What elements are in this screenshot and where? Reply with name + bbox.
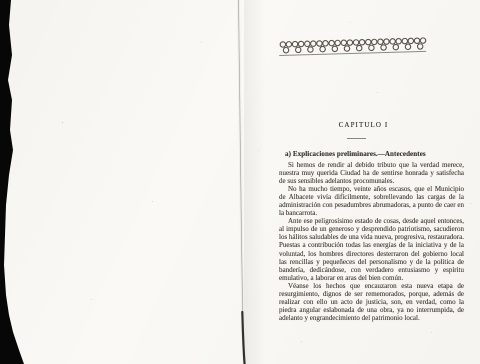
right-text-page: CAPITULO I a) Explicaciones preliminares…: [279, 0, 464, 364]
paragraph: Si hemos de rendir al debido tributo que…: [279, 161, 464, 185]
paragraph: Ante ese peligrosísimo estado de cosas, …: [279, 217, 464, 281]
scan-speckles: [0, 0, 1, 1]
paragraph: Véanse los hechos que encauzaron esta nu…: [279, 282, 464, 322]
ornament-rule: [279, 51, 426, 55]
chapter-title: CAPITULO I: [279, 121, 464, 129]
body-text: Si hemos de rendir al debido tributo que…: [279, 161, 464, 322]
gutter-shadow: [244, 0, 266, 364]
ornament-band: [279, 36, 427, 58]
left-blank-page: [12, 0, 236, 364]
chapter-title-rule: [347, 138, 366, 139]
trefoil-ornament-icon: [279, 36, 427, 58]
book-scan-page: CAPITULO I a) Explicaciones preliminares…: [0, 0, 480, 364]
section-heading: a) Explicaciones preliminares.—Anteceden…: [285, 150, 464, 158]
paragraph: No ha mucho tiempo, veinte años escasos,…: [279, 185, 464, 217]
